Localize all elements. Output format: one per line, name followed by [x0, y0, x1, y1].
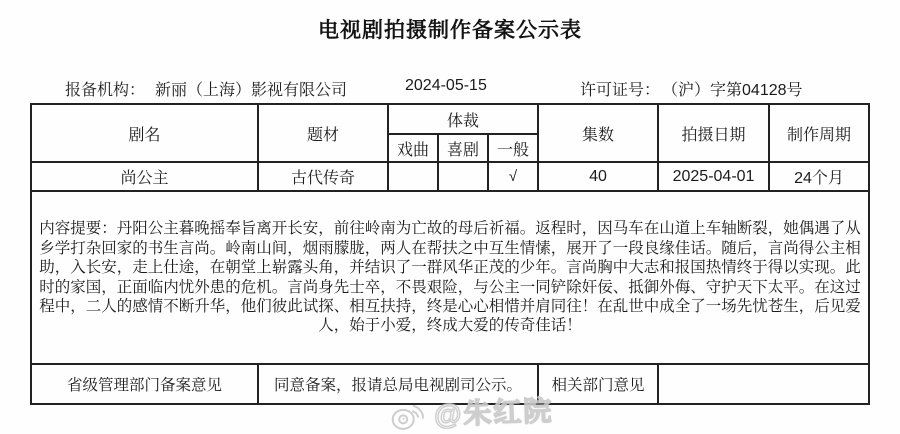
reporting-agency-value: 新丽（上海）影视有限公司: [155, 82, 347, 99]
header-drama-name: 剧名: [31, 104, 258, 162]
drama-data-row: 尚公主 古代传奇 √ 40 2025-04-01 24个月: [31, 162, 869, 191]
cell-shoot-date: 2025-04-01: [658, 162, 769, 191]
registration-table: 剧名 题材 体裁 集数 拍摄日期 制作周期 戏曲 喜剧 一般 尚公主 古代传奇 …: [30, 103, 870, 405]
cell-genre-general-checkmark: √: [488, 162, 538, 191]
reporting-agency: 报备机构：新丽（上海）影视有限公司: [65, 77, 347, 100]
cell-provincial-opinion-label: 省级管理部门备案意见: [31, 364, 258, 404]
header-genre-general: 一般: [488, 134, 538, 162]
synopsis-row: 内容提要：丹阳公主暮晚摇奉旨离开长安，前往岭南为亡故的母后祈福。返程时，因马车在…: [31, 191, 869, 364]
info-row: 报备机构：新丽（上海）影视有限公司 2024-05-15 许可证号：（沪）字第0…: [0, 77, 900, 97]
document-page: 电视剧拍摄制作备案公示表 报备机构：新丽（上海）影视有限公司 2024-05-1…: [0, 0, 900, 434]
header-genre-opera: 戏曲: [388, 134, 438, 162]
synopsis-cell: 内容提要：丹阳公主暮晚摇奉旨离开长安，前往岭南为亡故的母后祈福。返程时，因马车在…: [31, 191, 869, 364]
header-production-cycle: 制作周期: [769, 104, 869, 162]
cell-related-opinion-value: [658, 364, 869, 404]
header-subject: 题材: [258, 104, 388, 162]
license-number: 许可证号：（沪）字第04128号: [580, 77, 803, 100]
filing-date: 2024-05-15: [405, 77, 487, 95]
synopsis-label: 内容提要：: [39, 220, 117, 237]
reporting-agency-label: 报备机构：: [65, 82, 145, 99]
cell-production-cycle: 24个月: [769, 162, 869, 191]
cell-subject: 古代传奇: [258, 162, 388, 191]
synopsis-text: 丹阳公主暮晚摇奉旨离开长安，前往岭南为亡故的母后祈福。返程时，因马车在山道上车轴…: [39, 220, 861, 334]
license-number-value: （沪）字第04128号: [670, 82, 803, 99]
header-episodes: 集数: [538, 104, 658, 162]
header-genre-comedy: 喜剧: [438, 134, 488, 162]
license-number-label: 许可证号：: [580, 82, 660, 99]
cell-related-opinion-label: 相关部门意见: [538, 364, 658, 404]
page-title: 电视剧拍摄制作备案公示表: [0, 14, 900, 44]
cell-episodes: 40: [538, 162, 658, 191]
header-genre: 体裁: [388, 104, 538, 134]
cell-drama-name: 尚公主: [31, 162, 258, 191]
header-row-top: 剧名 题材 体裁 集数 拍摄日期 制作周期: [31, 104, 869, 134]
cell-provincial-opinion-value: 同意备案，报请总局电视剧司公示。: [258, 364, 538, 404]
header-shoot-date: 拍摄日期: [658, 104, 769, 162]
opinions-row: 省级管理部门备案意见 同意备案，报请总局电视剧司公示。 相关部门意见: [31, 364, 869, 404]
cell-genre-opera: [388, 162, 438, 191]
cell-genre-comedy: [438, 162, 488, 191]
